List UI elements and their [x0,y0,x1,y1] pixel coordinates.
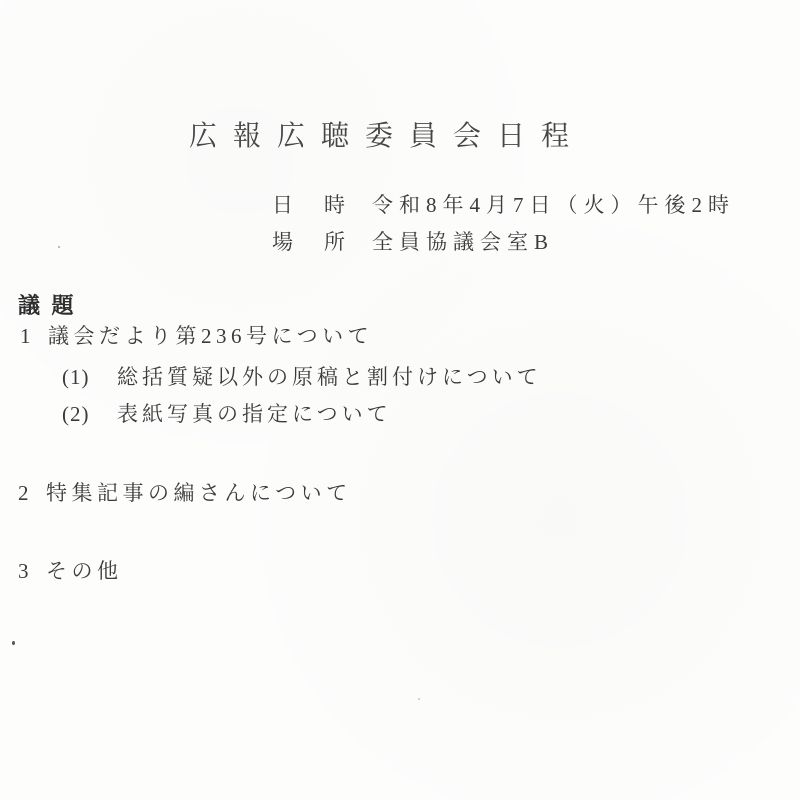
place-value: 全員協議会室B [372,230,554,254]
agenda-item-1-number: 1 [20,324,48,349]
scanned-paper-background: 広報広聴委員会日程 日 時令和8年4月7日（火）午後2時 場 所全員協議会室B … [0,0,800,800]
agenda-subitem-1-2-number: (2) [62,402,117,427]
datetime-label: 日 時 [272,193,350,217]
scan-speck [12,641,15,645]
scan-speck [418,698,420,700]
agenda-item-2-text: 特集記事の編さんについて [46,481,352,505]
agenda-item-3: 3その他 [18,555,123,585]
scan-speck [58,246,60,248]
agenda-subitem-1-2-text: 表紙写真の指定について [117,402,392,426]
agenda-item-1: 1議会だより第236号について [20,320,373,350]
agenda-subitem-1-1: (1)総括質疑以外の原稿と割付けについて [62,361,542,391]
document-title: 広報広聴委員会日程 [189,114,585,154]
agenda-item-3-number: 3 [18,559,46,584]
agenda-item-2-number: 2 [18,481,46,506]
agenda-subitem-1-1-number: (1) [62,365,117,390]
place-label: 場 所 [272,230,350,254]
meeting-datetime-line: 日 時令和8年4月7日（火）午後2時 [272,189,735,219]
agenda-item-1-text: 議会だより第236号について [48,324,373,348]
agenda-item-3-text: その他 [46,559,123,583]
agenda-item-2: 2特集記事の編さんについて [18,477,352,507]
meeting-place-line: 場 所全員協議会室B [272,226,554,256]
datetime-value: 令和8年4月7日（火）午後2時 [372,193,735,217]
agenda-subitem-1-2: (2)表紙写真の指定について [62,398,392,428]
agenda-subitem-1-1-text: 総括質疑以外の原稿と割付けについて [117,365,542,389]
agenda-heading: 議 題 [18,289,77,320]
